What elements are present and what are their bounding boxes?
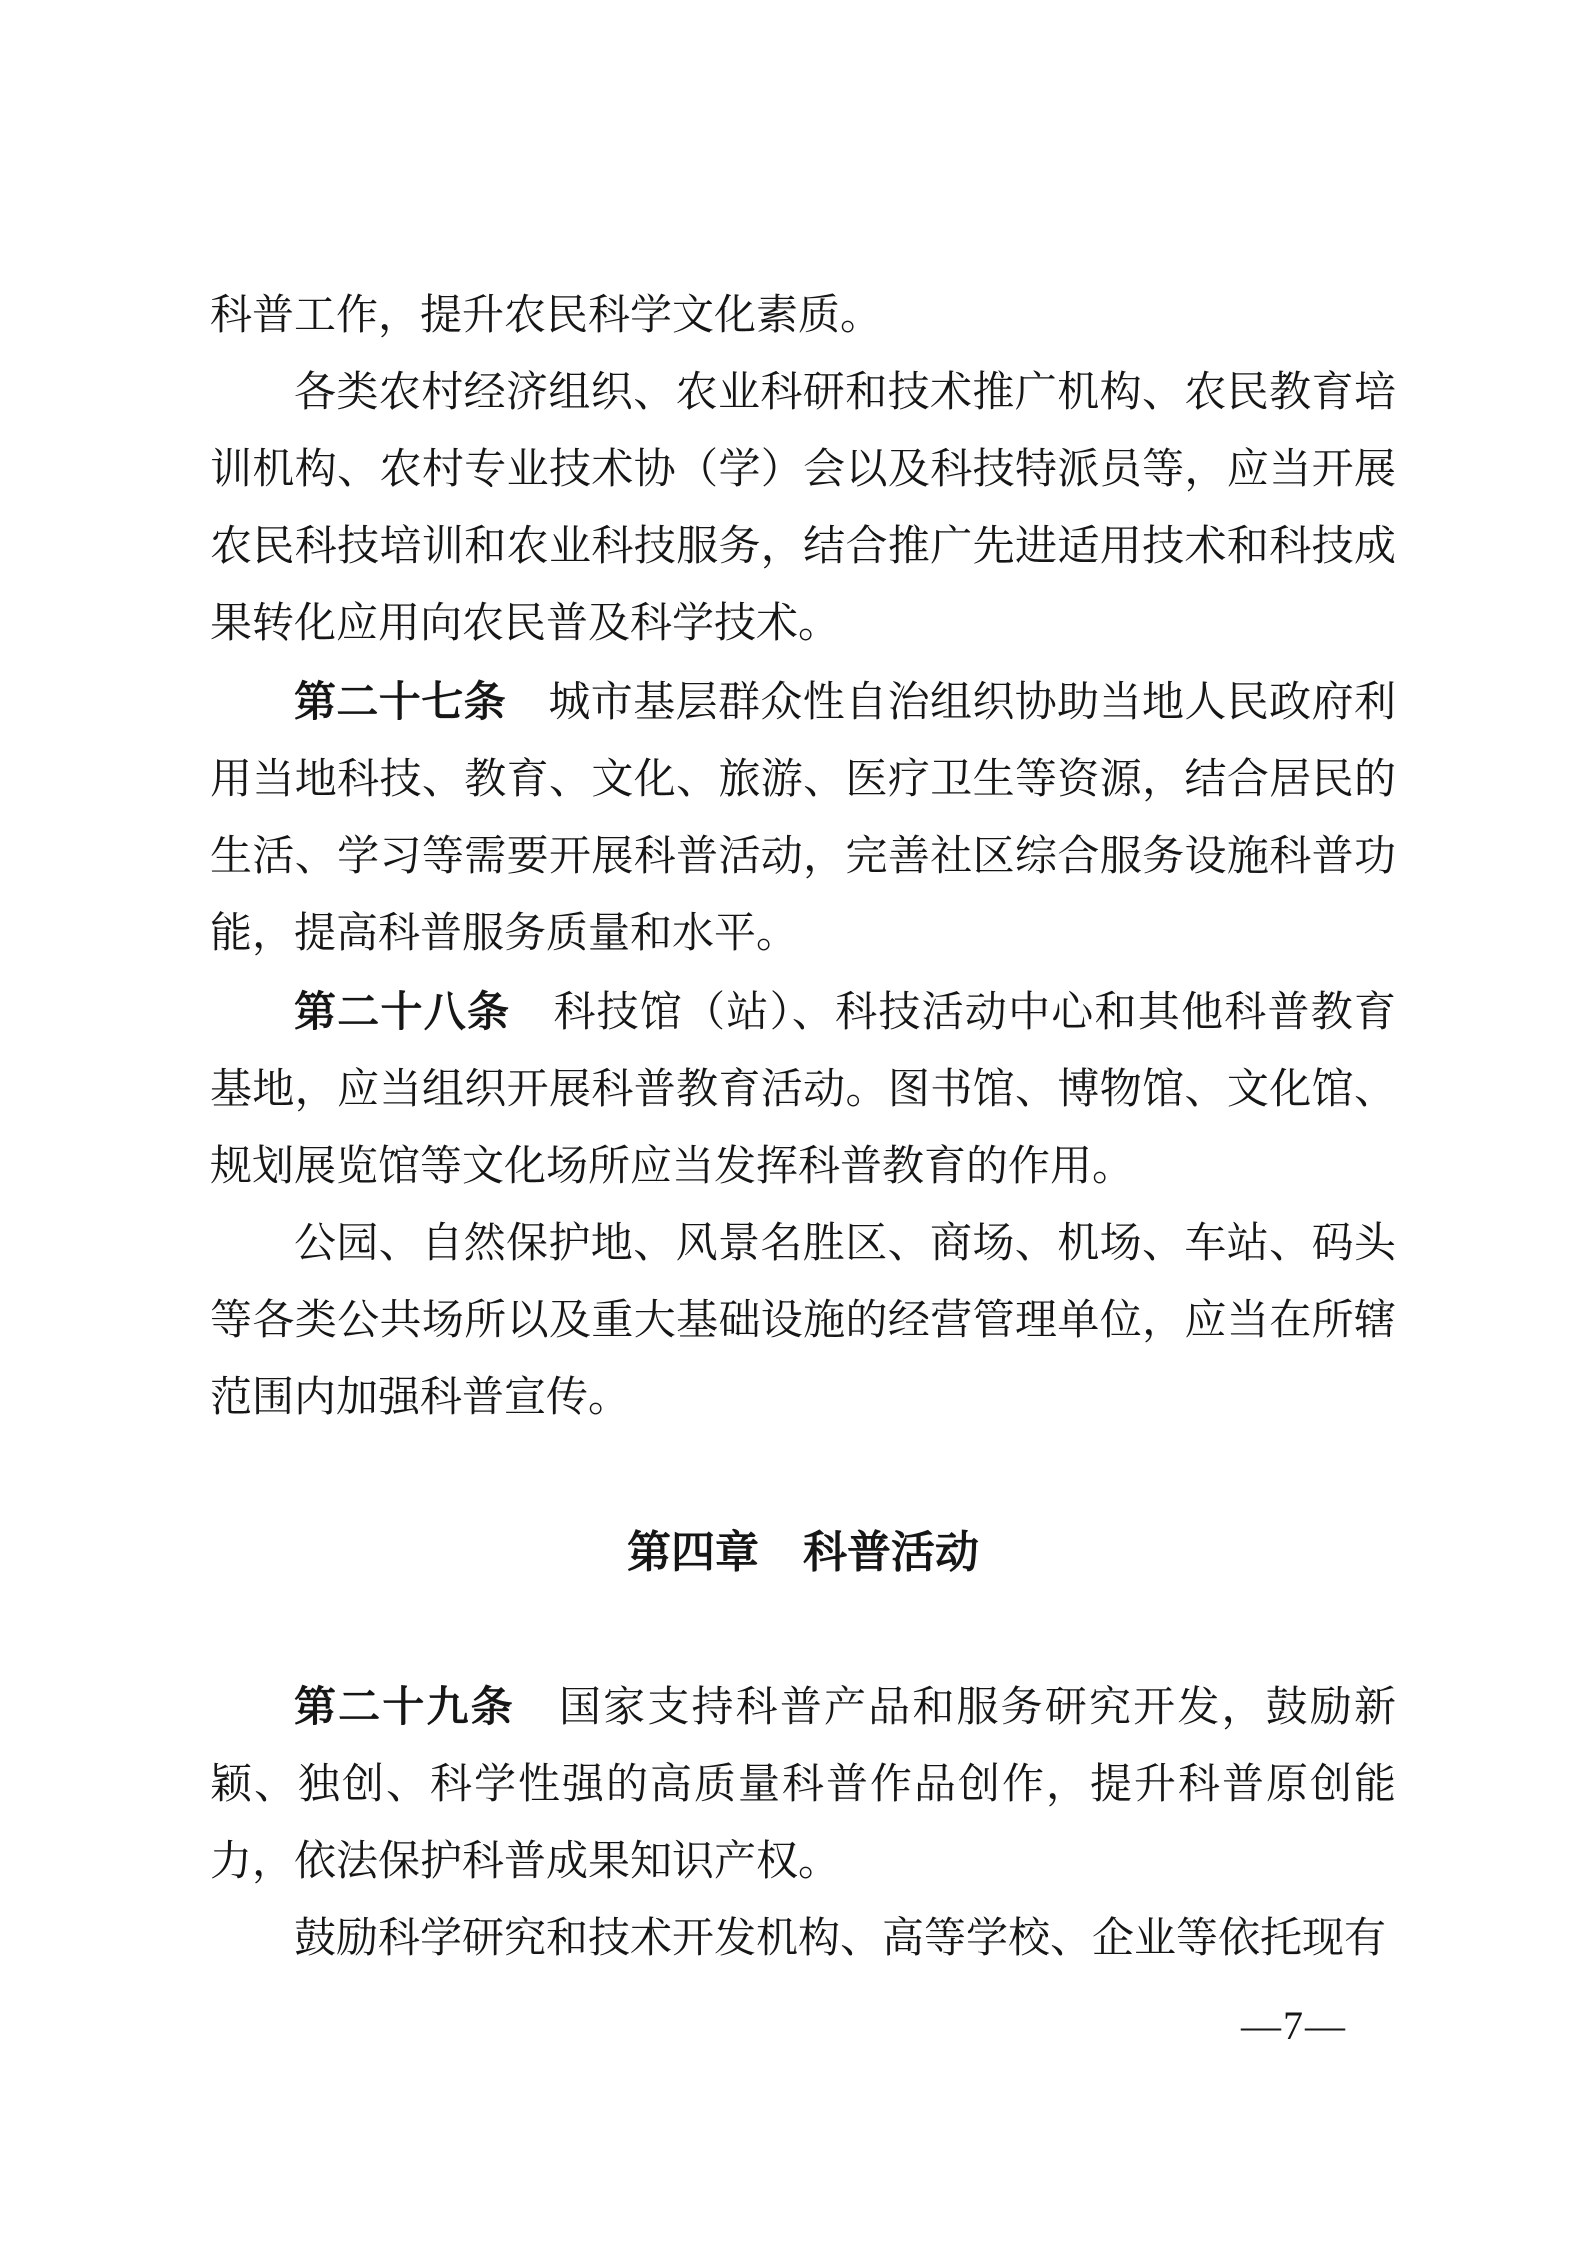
paragraph: 公园、自然保护地、风景名胜区、商场、机场、车站、码头等各类公共场所以及重大基础设… — [210, 1206, 1396, 1437]
paragraph-text: 科普工作，提升农民科学文化素质。 — [210, 293, 882, 339]
paragraph-continuation: 科普工作，提升农民科学文化素质。 — [210, 278, 1396, 355]
paragraph: 鼓励科学研究和技术开发机构、高等学校、企业等依托现有 — [210, 1901, 1396, 1978]
page-number: —7— — [1241, 2004, 1347, 2048]
article-number: 第二十八条 — [294, 988, 510, 1035]
paragraph-text: 鼓励科学研究和技术开发机构、高等学校、企业等依托现有 — [294, 1916, 1386, 1962]
paragraph: 各类农村经济组织、农业科研和技术推广机构、农民教育培训机构、农村专业技术协（学）… — [210, 355, 1396, 663]
page-number-text: —7— — [1241, 2003, 1347, 2048]
paragraph-text: 公园、自然保护地、风景名胜区、商场、机场、车站、码头等各类公共场所以及重大基础设… — [210, 1221, 1396, 1421]
paragraph-article-27: 第二十七条 城市基层群众性自治组织协助当地人民政府利用当地科技、教育、文化、旅游… — [210, 663, 1396, 973]
document-page: 科普工作，提升农民科学文化素质。 各类农村经济组织、农业科研和技术推广机构、农民… — [0, 0, 1587, 2245]
chapter-heading: 第四章 科普活动 — [210, 1514, 1396, 1591]
paragraph-text: 各类农村经济组织、农业科研和技术推广机构、农民教育培训机构、农村专业技术协（学）… — [210, 370, 1396, 647]
article-number: 第二十七条 — [294, 678, 506, 725]
paragraph-article-28: 第二十八条 科技馆（站）、科技活动中心和其他科普教育基地，应当组织开展科普教育活… — [210, 973, 1396, 1206]
chapter-heading-text: 第四章 科普活动 — [627, 1528, 979, 1577]
paragraph-article-29: 第二十九条 国家支持科普产品和服务研究开发，鼓励新颖、独创、科学性强的高质量科普… — [210, 1668, 1396, 1901]
body-text: 科普工作，提升农民科学文化素质。 各类农村经济组织、农业科研和技术推广机构、农民… — [210, 278, 1396, 1978]
article-number: 第二十九条 — [294, 1683, 515, 1730]
